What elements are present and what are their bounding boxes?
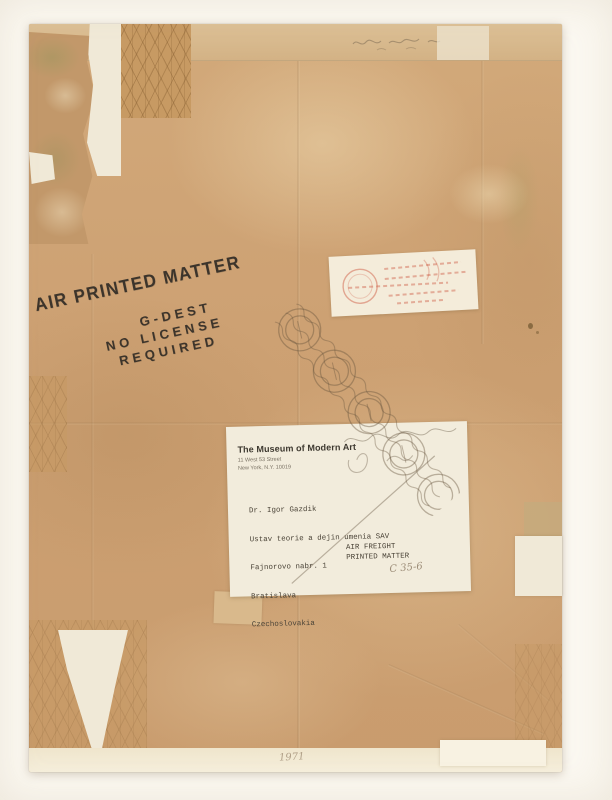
white-tape-left-small — [29, 152, 55, 184]
photograph-of-mail-wrapper: { "artifact": { "description": "Back of … — [0, 0, 612, 800]
recipient-line: Czechoslovakia — [252, 618, 392, 631]
red-meter-stamp-imprint — [329, 249, 479, 317]
crease-vertical-left — [91, 254, 94, 634]
patterned-tape-top-left — [119, 24, 191, 118]
white-tape-bottom-right — [440, 740, 546, 766]
stain-light-patch — [449, 164, 529, 224]
white-tape-right-edge — [515, 536, 562, 596]
tape-residue-top-right — [437, 26, 489, 60]
dark-spot-small — [536, 331, 539, 334]
white-tape-top-left — [87, 24, 121, 176]
no-license-required-stamp: G-DEST NO LICENSE REQUIRED — [89, 297, 228, 374]
torn-paper-patch-top-left — [29, 32, 95, 244]
patterned-tape-bottom-right — [515, 644, 562, 748]
olive-patch-right-edge — [524, 502, 562, 538]
dark-spot — [528, 323, 533, 329]
handwritten-year: 1971 — [279, 751, 305, 763]
postage-meter-label — [329, 249, 479, 317]
patterned-tape-left-lower — [29, 376, 67, 472]
kraft-paper-wrapper: AIR PRINTED MATTER G-DEST NO LICENSE REQ… — [29, 24, 562, 772]
